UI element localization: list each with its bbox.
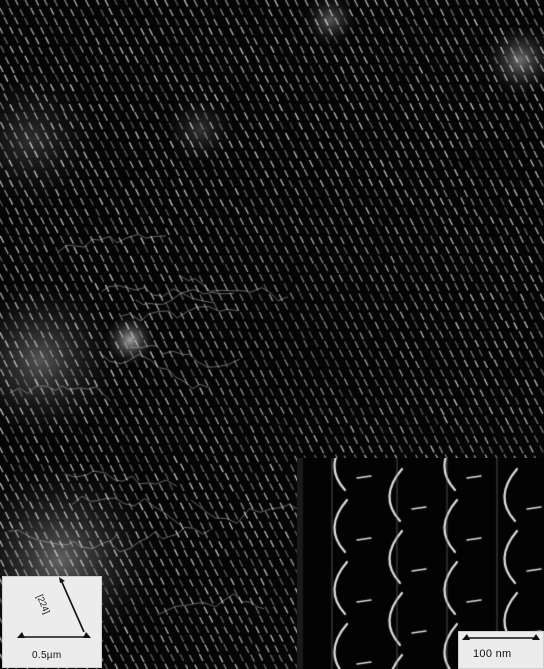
arrow-head-icon bbox=[59, 577, 65, 583]
bar-left-tick-icon bbox=[462, 634, 470, 640]
main-scale-bar-box: [224] 0.5µm bbox=[2, 576, 102, 668]
main-scale-bar-label: 0.5µm bbox=[32, 650, 62, 661]
bar-left-tick-icon bbox=[17, 632, 25, 638]
bar-right-tick-icon bbox=[83, 632, 91, 638]
inset-scale-bar-box: 100 nm bbox=[458, 631, 544, 669]
inset-scale-bar-label: 100 nm bbox=[473, 648, 512, 660]
bar-right-tick-icon bbox=[532, 634, 540, 640]
